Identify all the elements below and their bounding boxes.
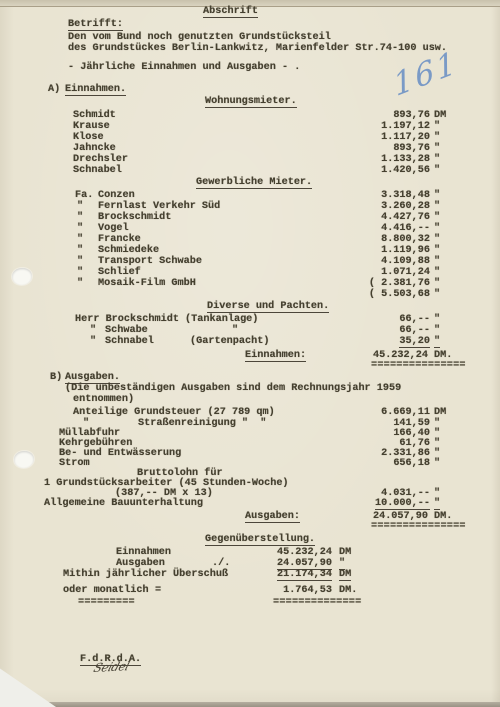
group-title: Diverse und Pachten. bbox=[207, 301, 329, 313]
currency: " bbox=[434, 234, 440, 245]
comparison-row: oder monatlich = 1.764,53 DM. bbox=[0, 585, 500, 597]
tenant-name: Vogel bbox=[98, 223, 129, 234]
tenant-name: Francke bbox=[98, 234, 141, 245]
amount: 4.416,-- bbox=[381, 223, 430, 234]
amount: 893,76 bbox=[393, 110, 430, 121]
double-underline: ============== bbox=[273, 597, 361, 608]
tenant-name: Schwabe bbox=[105, 325, 148, 336]
ditto-mark: " bbox=[90, 336, 96, 347]
group-title: Gewerbliche Mieter. bbox=[196, 177, 312, 189]
note-text: (Gartenpacht) bbox=[190, 336, 269, 347]
expense-label: Anteilige Grundsteuer (27 789 qm) bbox=[73, 407, 275, 418]
amount: 10.000,-- bbox=[375, 498, 430, 510]
wohnungsmieter-heading: Wohnungsmieter. bbox=[0, 96, 500, 108]
subject-text: Den vom Bund noch genutzten Grundstückst… bbox=[68, 32, 331, 43]
tenant-name: Conzen bbox=[98, 190, 135, 201]
scanned-document: { "doc": { "title": "Abschrift", "betrif… bbox=[0, 0, 500, 707]
subject-text: des Grundstückes Berlin-Lankwitz, Marien… bbox=[68, 43, 447, 54]
comparison-label: Einnahmen bbox=[116, 547, 171, 558]
minus-operator: ./. bbox=[212, 558, 230, 569]
amount: 66,-- bbox=[399, 314, 430, 325]
title-line: Abschrift bbox=[0, 6, 500, 18]
comparison-label: Mithin jährlicher Überschuß bbox=[63, 569, 228, 580]
amount: 1.117,20 bbox=[381, 132, 430, 143]
currency: " bbox=[434, 325, 440, 336]
equals-operator: = bbox=[155, 585, 161, 596]
amount: 1.420,56 bbox=[381, 165, 430, 176]
firm-prefix: " bbox=[77, 278, 83, 289]
expense-label: Allgemeine Bauunterhaltung bbox=[44, 498, 203, 509]
amount: 45.232,24 bbox=[277, 547, 332, 558]
firm-prefix: " bbox=[77, 267, 83, 278]
double-underline: =============== bbox=[371, 360, 466, 371]
document-body: Abschrift Betrifft: Den vom Bund noch ge… bbox=[0, 0, 500, 707]
amount: ( 5.503,68 bbox=[369, 289, 430, 300]
tenant-name: Schnabel bbox=[73, 165, 122, 176]
diverse-heading: Diverse und Pachten. bbox=[0, 301, 500, 313]
amount: 35,20 bbox=[399, 336, 430, 348]
income-row: " Schnabel (Gartenpacht) 35,20 " bbox=[0, 336, 500, 348]
page-title: Abschrift bbox=[203, 6, 258, 18]
currency: " bbox=[434, 223, 440, 234]
firm-prefix: " bbox=[77, 201, 83, 212]
tenant-name: Brockschmidt bbox=[98, 212, 171, 223]
tenant-name: Schnabel bbox=[105, 336, 154, 347]
amount: ( 2.381,76 bbox=[369, 278, 430, 289]
section-title: Einnahmen. bbox=[65, 84, 126, 96]
currency: " bbox=[434, 190, 440, 201]
tenant-name: Fernlast Verkehr Süd bbox=[98, 201, 220, 212]
betrifft-label: Betrifft: bbox=[68, 19, 123, 31]
amount: 6.669,11 bbox=[381, 407, 430, 418]
firm-prefix: Fa. bbox=[75, 190, 93, 201]
tenant-name: Herr Brockschmidt (Tankanlage) bbox=[75, 314, 258, 325]
comparison-label: oder monatlich bbox=[63, 585, 149, 596]
amount: 1.764,53 bbox=[283, 585, 332, 596]
currency: DM. bbox=[339, 585, 357, 596]
signature: Seidel bbox=[92, 659, 131, 675]
tenant-name: Mosaik-Film GmbH bbox=[98, 278, 196, 289]
amount: 1.133,28 bbox=[381, 154, 430, 165]
subject-text: - Jährliche Einnahmen und Ausgaben - . bbox=[68, 62, 300, 73]
currency: DM bbox=[434, 407, 446, 418]
tenant-name: Schlief bbox=[98, 267, 141, 278]
group-title: Gegenüberstellung. bbox=[205, 534, 315, 546]
total-rule: =============== bbox=[0, 521, 500, 533]
tenant-name: Jahncke bbox=[73, 143, 116, 154]
amount: 3.260,28 bbox=[381, 201, 430, 212]
ditto-mark: " bbox=[232, 325, 238, 336]
amount: 1.197,12 bbox=[381, 121, 430, 132]
currency: " bbox=[434, 165, 440, 176]
betrifft-line: Betrifft: bbox=[0, 19, 500, 31]
currency: " bbox=[434, 314, 440, 325]
currency: " bbox=[434, 498, 440, 510]
tenant-name: Schmiedeke bbox=[98, 245, 159, 256]
group-title: Wohnungsmieter. bbox=[205, 96, 297, 108]
amount: 1.071,24 bbox=[381, 267, 430, 278]
tenant-name: Transport Schwabe bbox=[98, 256, 202, 267]
expense-row: Allgemeine Bauunterhaltung 10.000,-- " bbox=[0, 498, 500, 510]
double-underline: =============== bbox=[371, 521, 466, 532]
gewerbliche-heading: Gewerbliche Mieter. bbox=[0, 177, 500, 189]
firm-prefix: " bbox=[77, 256, 83, 267]
income-row: Schnabel 1.420,56 " bbox=[0, 165, 500, 177]
currency: " bbox=[434, 121, 440, 132]
currency: " bbox=[434, 154, 440, 165]
currency: DM bbox=[434, 110, 446, 121]
currency: " bbox=[434, 245, 440, 256]
amount: 4.427,76 bbox=[381, 212, 430, 223]
expense-note-2: entnommen) bbox=[0, 394, 500, 406]
comparison-row: Mithin jährlicher Überschuß 21.174,34 DM bbox=[0, 569, 500, 581]
comparison-rules: ========= ============== bbox=[0, 597, 500, 609]
tenant-name: Drechsler bbox=[73, 154, 128, 165]
section-prefix: A) bbox=[48, 84, 60, 95]
currency: " bbox=[434, 267, 440, 278]
note-text: (Die unbeständigen Ausgaben sind dem Rec… bbox=[65, 383, 401, 394]
amount: 4.109,88 bbox=[381, 256, 430, 267]
amount: 8.800,32 bbox=[381, 234, 430, 245]
ditto-mark: " bbox=[90, 325, 96, 336]
note-text: entnommen) bbox=[73, 394, 134, 405]
amount: 66,-- bbox=[399, 325, 430, 336]
currency: DM bbox=[339, 569, 351, 581]
comparison-label: Ausgaben bbox=[116, 558, 165, 569]
amount: 21.174,34 bbox=[277, 569, 332, 581]
double-underline: ========= bbox=[78, 597, 135, 608]
amount: 893,76 bbox=[393, 143, 430, 154]
firm-prefix: " bbox=[77, 234, 83, 245]
currency: " bbox=[434, 212, 440, 223]
total-rule: =============== bbox=[0, 360, 500, 372]
firm-prefix: " bbox=[77, 212, 83, 223]
currency: " bbox=[434, 132, 440, 143]
currency: " bbox=[434, 201, 440, 212]
comparison-heading: Gegenüberstellung. bbox=[0, 534, 500, 546]
currency: " bbox=[434, 278, 440, 289]
amount: 1.119,96 bbox=[381, 245, 430, 256]
amount: 3.318,48 bbox=[381, 190, 430, 201]
currency: " bbox=[434, 143, 440, 154]
tenant-name: Schmidt bbox=[73, 110, 116, 121]
firm-prefix: " bbox=[77, 223, 83, 234]
income-row: ( 5.503,68 " bbox=[0, 289, 500, 301]
section-prefix: B) bbox=[50, 372, 62, 383]
certification-line: F.d.R.d.A. bbox=[0, 654, 500, 666]
firm-prefix: " bbox=[77, 245, 83, 256]
subject-line-2: des Grundstückes Berlin-Lankwitz, Marien… bbox=[0, 43, 500, 55]
tenant-name: Krause bbox=[73, 121, 110, 132]
tenant-name: Klose bbox=[73, 132, 104, 143]
currency: " bbox=[434, 256, 440, 267]
currency: DM bbox=[339, 547, 351, 558]
currency: " bbox=[434, 289, 440, 300]
currency: " bbox=[434, 336, 440, 348]
